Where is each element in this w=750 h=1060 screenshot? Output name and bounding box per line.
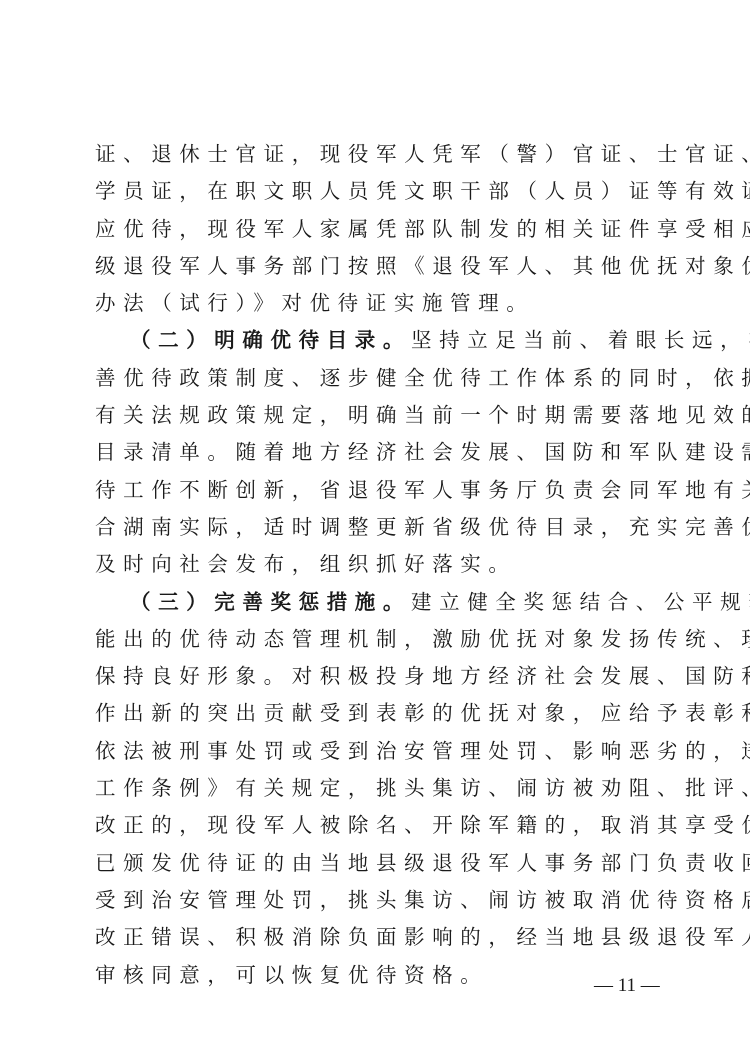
text-run: 建立健全奖惩结合、公平规范、能进 bbox=[411, 590, 750, 614]
text-line: 善优待政策制度、逐步健全优待工作体系的同时，依据国家和省 bbox=[95, 360, 661, 397]
section-heading-3: （三）完善奖惩措施。 bbox=[130, 590, 411, 614]
text-line: 作出新的突出贡献受到表彰的优抚对象，应给予表彰和奖励。对 bbox=[95, 695, 661, 732]
text-line: 学员证，在职文职人员凭文职干部（人员）证等有效证件享受相 bbox=[95, 173, 661, 210]
text-line: 有关法规政策规定，明确当前一个时期需要落地见效的基本优待 bbox=[95, 397, 661, 434]
text-line: 级退役军人事务部门按照《退役军人、其他优抚对象优待证管理 bbox=[95, 248, 661, 285]
text-line: 依法被刑事处罚或受到治安管理处罚、影响恶劣的，违反《信访 bbox=[95, 733, 661, 770]
page-number: — 11 — bbox=[594, 975, 660, 997]
text-line: 及时向社会发布，组织抓好落实。 bbox=[95, 546, 661, 583]
text-line: 目录清单。随着地方经济社会发展、国防和军队建设需要以及优 bbox=[95, 434, 661, 471]
text-line: 待工作不断创新，省退役军人事务厅负责会同军地有关部门，结 bbox=[95, 472, 661, 509]
text-line: 改正的，现役军人被除名、开除军籍的，取消其享受优待资格， bbox=[95, 807, 661, 844]
text-line: 改正错误、积极消除负面影响的，经当地县级退役军人事务部门 bbox=[95, 919, 661, 956]
body-text: 证、退休士官证，现役军人凭军（警）官证、士官证、义务兵证、 学员证，在职文职人员… bbox=[95, 136, 661, 994]
text-line: 证、退休士官证，现役军人凭军（警）官证、士官证、义务兵证、 bbox=[95, 136, 661, 173]
text-line: 保持良好形象。对积极投身地方经济社会发展、国防和军队建设， bbox=[95, 658, 661, 695]
section-heading-2: （二）明确优待目录。 bbox=[130, 328, 411, 352]
paragraph-first-line: （二）明确优待目录。坚持立足当前、着眼长远，在建立完 bbox=[95, 322, 661, 359]
text-line: 合湖南实际，适时调整更新省级优待目录，充实完善优待项目， bbox=[95, 509, 661, 546]
text-run: 坚持立足当前、着眼长远，在建立完 bbox=[411, 328, 750, 352]
text-line: 审核同意，可以恢复优待资格。 bbox=[95, 957, 661, 994]
document-page: 证、退休士官证，现役军人凭军（警）官证、士官证、义务兵证、 学员证，在职文职人员… bbox=[0, 0, 750, 1060]
text-line: 受到治安管理处罚，挑头集访、闹访被取消优待资格后能够主动 bbox=[95, 882, 661, 919]
text-line: 能出的优待动态管理机制，激励优抚对象发扬传统、珍惜荣誉、 bbox=[95, 621, 661, 658]
text-line: 应优待，现役军人家属凭部队制发的相关证件享受相应优待。各 bbox=[95, 211, 661, 248]
text-line: 办法（试行）》对优待证实施管理。 bbox=[95, 285, 661, 322]
text-line: 已颁发优待证的由当地县级退役军人事务部门负责收回或停用。 bbox=[95, 845, 661, 882]
paragraph-first-line: （三）完善奖惩措施。建立健全奖惩结合、公平规范、能进 bbox=[95, 584, 661, 621]
text-line: 工作条例》有关规定，挑头集访、闹访被劝阻、批评、教育仍不 bbox=[95, 770, 661, 807]
